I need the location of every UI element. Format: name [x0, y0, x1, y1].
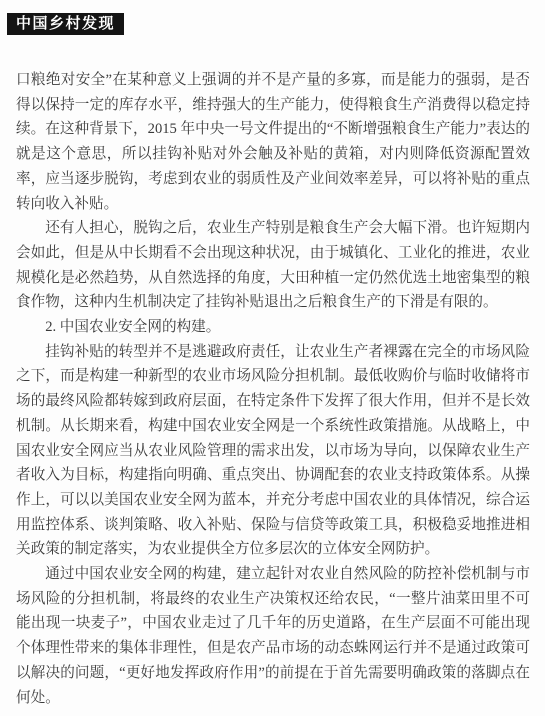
document-page: 中国乡村发现 口粮绝对安全”在某种意义上强调的并不是产量的多寡，而是能力的强弱，…	[0, 0, 545, 716]
document-body: 口粮绝对安全”在某种意义上强调的并不是产量的多寡，而是能力的强弱，是否得以保持一…	[16, 68, 530, 710]
paragraph: 挂钩补贴的转型并不是逃避政府责任，让农业生产者裸露在完全的市场风险之下，而是构建…	[16, 340, 530, 562]
paragraph: 还有人担心，脱钩之后，农业生产特别是粮食生产会大幅下滑。也许短期内会如此，但是从…	[16, 216, 530, 315]
brand-banner: 中国乡村发现	[7, 13, 124, 35]
paragraph: 口粮绝对安全”在某种意义上强调的并不是产量的多寡，而是能力的强弱，是否得以保持一…	[16, 68, 530, 216]
paragraph: 通过中国农业安全网的构建，建立起针对农业自然风险的防控补偿机制与市场风险的分担机…	[16, 562, 530, 710]
paragraph: 2. 中国农业安全网的构建。	[16, 315, 530, 340]
